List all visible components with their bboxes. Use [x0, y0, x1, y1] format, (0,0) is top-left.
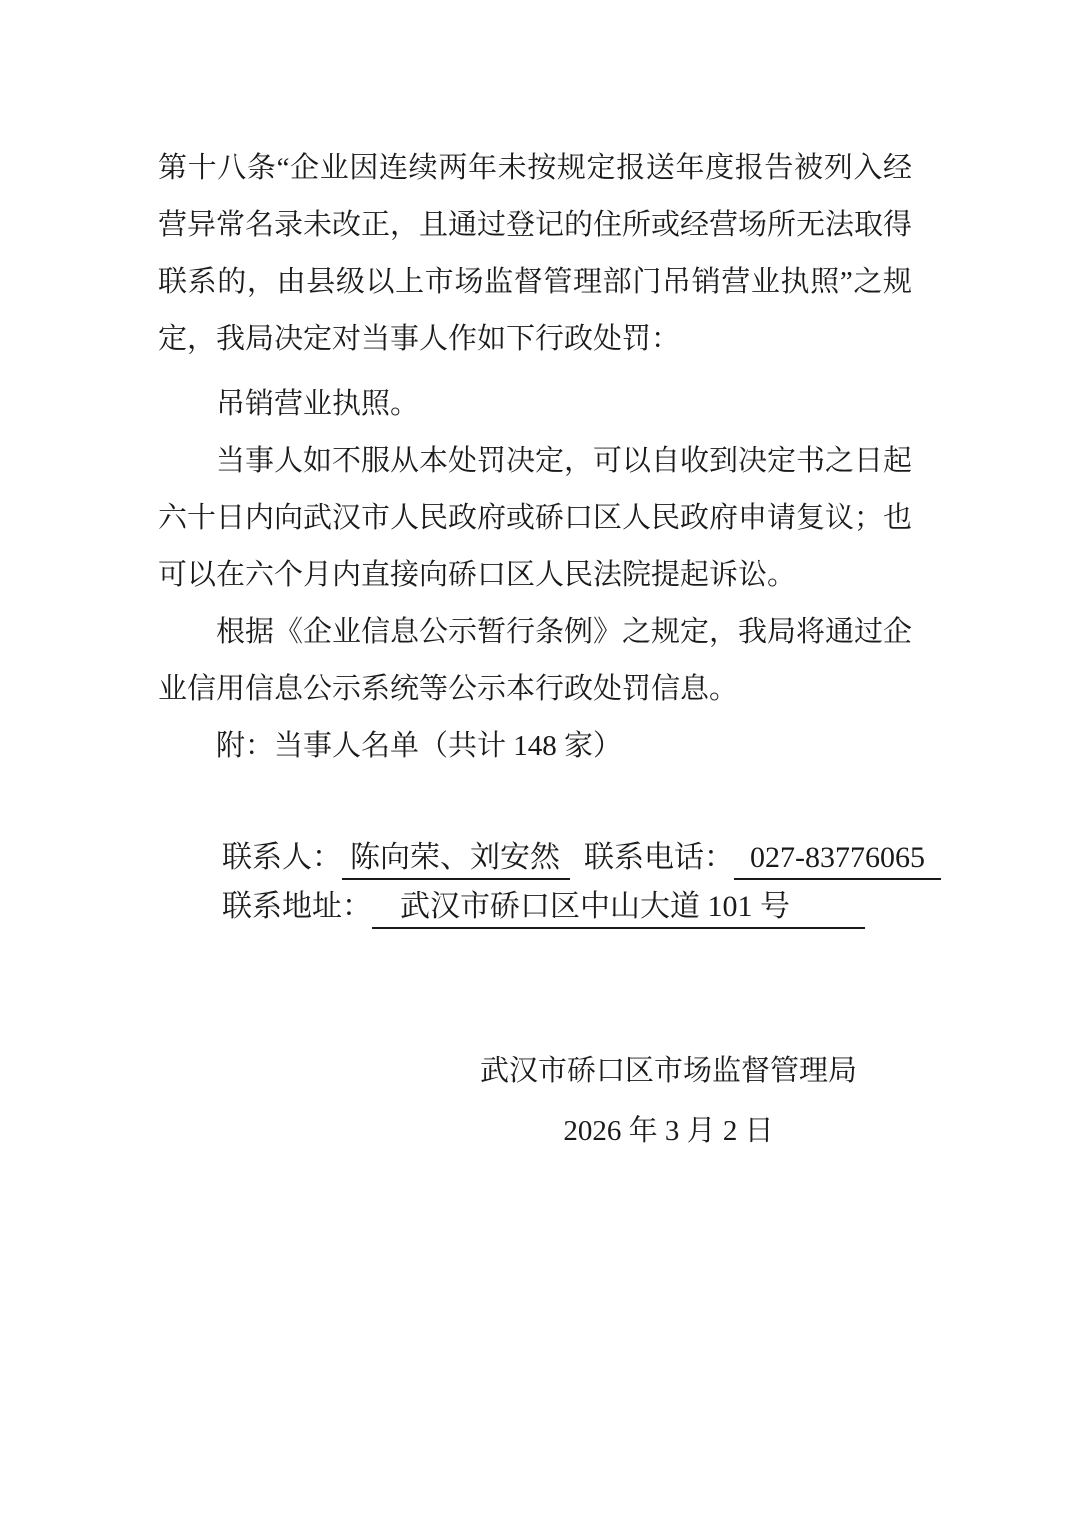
document-page: 第十八条“企业因连续两年未按规定报送年度报告被列入经营异常名录未改正，且通过登记… — [0, 0, 1074, 1520]
contact-address-row: 联系地址：武汉市硚口区中山大道 101 号 — [222, 882, 912, 931]
content-area: 第十八条“企业因连续两年未按规定报送年度报告被列入经营异常名录未改正，且通过登记… — [158, 140, 912, 1161]
signature-date: 2026 年 3 月 2 日 — [480, 1101, 857, 1161]
contact-address-value: 武汉市硚口区中山大道 101 号 — [372, 890, 865, 929]
signature-agency: 武汉市硚口区市场监督管理局 — [480, 1041, 857, 1101]
paragraph-publicity-notice: 根据《企业信息公示暂行条例》之规定，我局将通过企业信用信息公示系统等公示本行政处… — [158, 604, 912, 718]
contact-person-row: 联系人：陈向荣、刘安然联系电话：027-83776065 — [222, 833, 912, 882]
paragraph-attachment-note: 附：当事人名单（共计 148 家） — [158, 718, 912, 775]
contact-person-value: 陈向荣、刘安然 — [342, 841, 570, 880]
paragraph-legal-basis: 第十八条“企业因连续两年未按规定报送年度报告被列入经营异常名录未改正，且通过登记… — [158, 140, 912, 368]
contact-block: 联系人：陈向荣、刘安然联系电话：027-83776065 联系地址：武汉市硚口区… — [158, 833, 912, 931]
signature-block: 武汉市硚口区市场监督管理局 2026 年 3 月 2 日 — [480, 1041, 857, 1161]
contact-phone-value: 027-83776065 — [734, 841, 941, 880]
paragraph-penalty-decision: 吊销营业执照。 — [158, 376, 912, 433]
paragraph-appeal-rights: 当事人如不服从本处罚决定，可以自收到决定书之日起六十日内向武汉市人民政府或硚口区… — [158, 433, 912, 604]
contact-address-label: 联系地址： — [222, 890, 372, 923]
contact-phone-label: 联系电话： — [584, 841, 734, 874]
contact-person-label: 联系人： — [222, 841, 342, 874]
